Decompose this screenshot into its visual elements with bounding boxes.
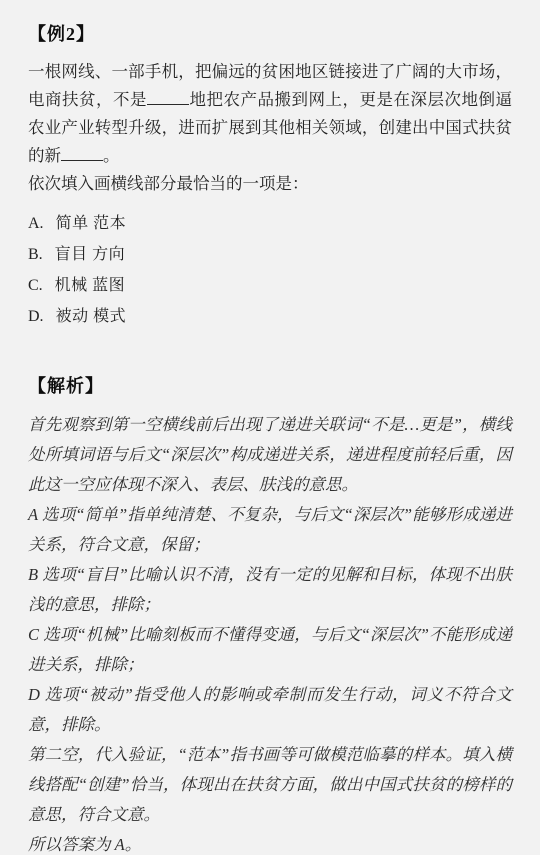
- analysis-paragraph-7: 所以答案为 A。: [28, 830, 512, 855]
- option-d-label: D.: [28, 301, 44, 332]
- document-page: 【例2】 一根网线、一部手机，把偏远的贫困地区链接进了广阔的大市场，电商扶贫，不…: [0, 0, 540, 855]
- option-a-label: A.: [28, 208, 44, 239]
- analysis-paragraph-4: C 选项“机械”比喻刻板而不懂得变通，与后文“深层次”不能形成递进关系，排除；: [28, 620, 512, 680]
- example-header: 【例2】: [28, 20, 512, 46]
- option-c: C.机械 蓝图: [28, 270, 512, 301]
- analysis-header: 【解析】: [28, 372, 512, 398]
- option-c-text: 机械 蓝图: [55, 277, 126, 294]
- option-b: B.盲目 方向: [28, 239, 512, 270]
- option-d-text: 被动 模式: [56, 308, 127, 325]
- blank-line-2: [61, 143, 103, 161]
- analysis-paragraph-3: B 选项“盲目”比喻认识不清，没有一定的见解和目标，体现不出肤浅的意思，排除；: [28, 560, 512, 620]
- options-list: A.简单 范本 B.盲目 方向 C.机械 蓝图 D.被动 模式: [28, 208, 512, 332]
- analysis-paragraph-6: 第二空，代入验证，“范本”指书画等可做模范临摹的样本。填入横线搭配“创建”恰当，…: [28, 740, 512, 830]
- option-b-text: 盲目 方向: [55, 246, 126, 263]
- question-part3: 。: [103, 146, 120, 165]
- analysis-paragraph-5: D 选项“被动”指受他人的影响或牵制而发生行动，词义不符合文意，排除。: [28, 680, 512, 740]
- option-b-label: B.: [28, 239, 43, 270]
- option-d: D.被动 模式: [28, 301, 512, 332]
- question-prompt: 依次填入画横线部分最恰当的一项是：: [28, 170, 512, 198]
- analysis-paragraph-2: A 选项“简单”指单纯清楚、不复杂，与后文“深层次”能够形成递进关系，符合文意，…: [28, 500, 512, 560]
- option-a-text: 简单 范本: [56, 215, 127, 232]
- analysis-paragraph-1: 首先观察到第一空横线前后出现了递进关联词“不是…更是”，横线处所填词语与后文“深…: [28, 410, 512, 500]
- question-text: 一根网线、一部手机，把偏远的贫困地区链接进了广阔的大市场，电商扶贫，不是地把农产…: [28, 58, 512, 170]
- blank-line-1: [147, 87, 189, 105]
- option-a: A.简单 范本: [28, 208, 512, 239]
- option-c-label: C.: [28, 270, 43, 301]
- analysis-body: 首先观察到第一空横线前后出现了递进关联词“不是…更是”，横线处所填词语与后文“深…: [28, 410, 512, 855]
